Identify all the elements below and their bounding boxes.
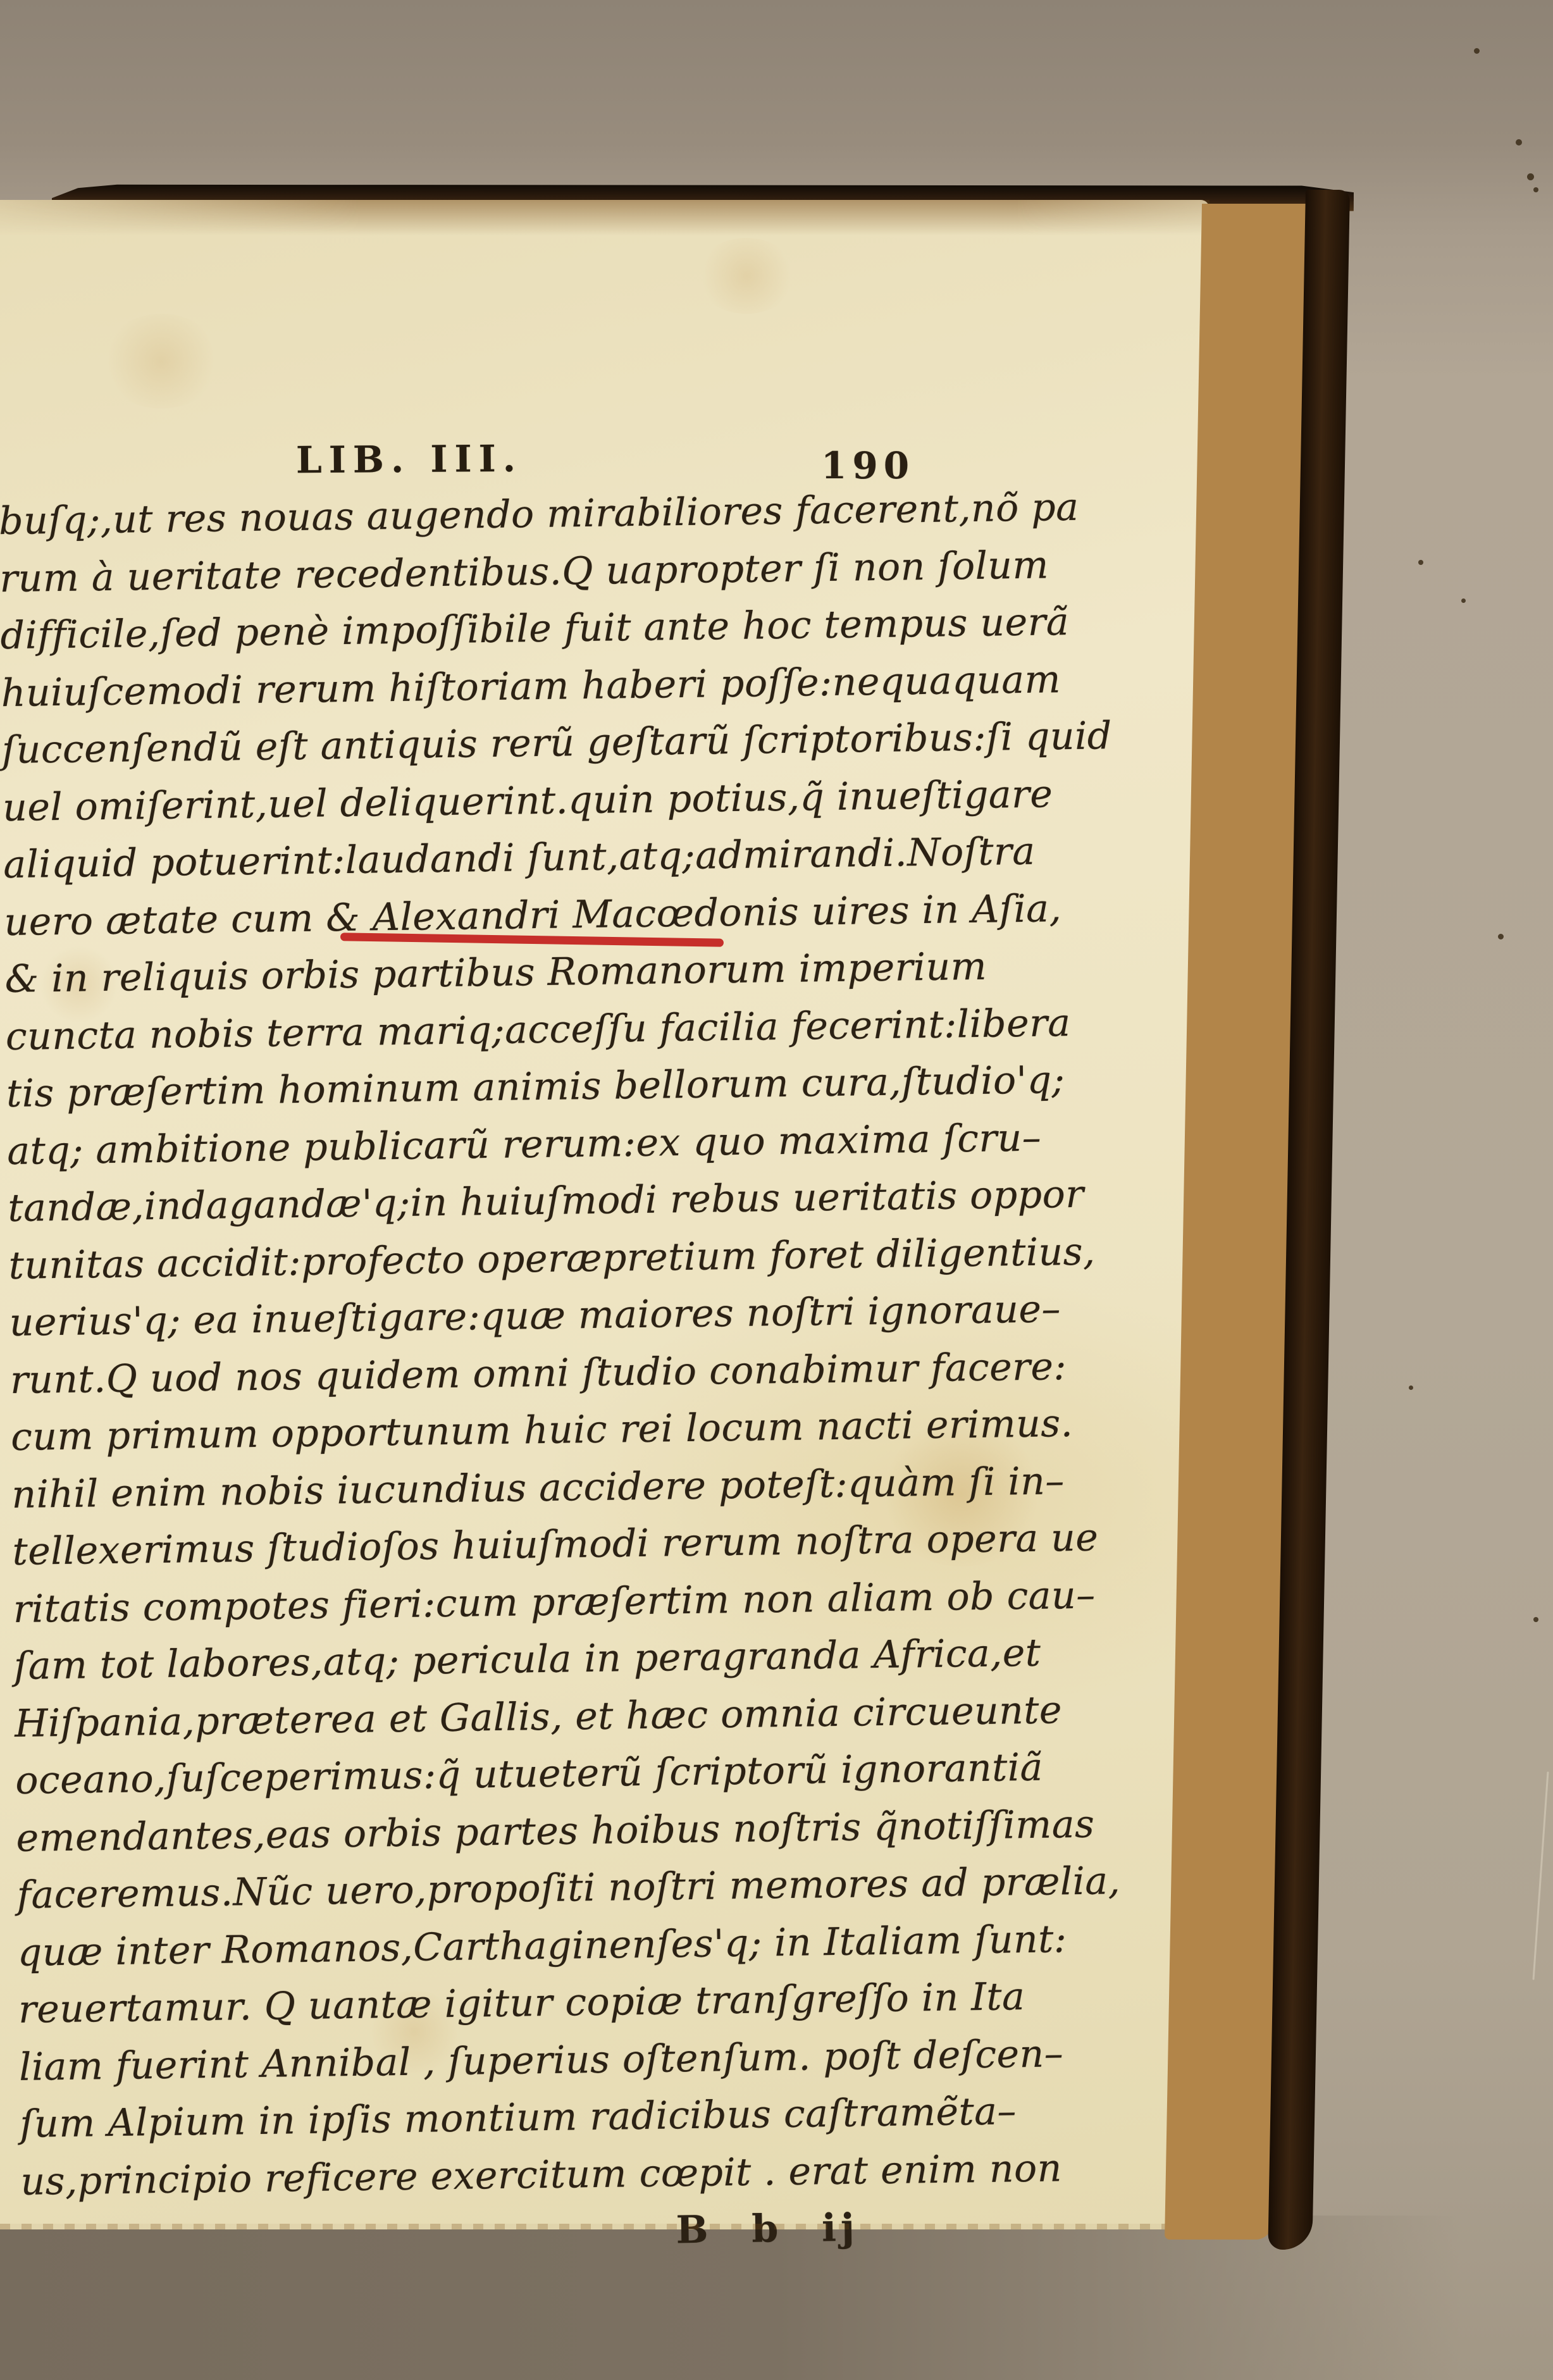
dust-speck (1516, 139, 1522, 146)
page-bottom-edge-fringe (0, 2224, 1210, 2229)
page-top-burn-stain (0, 200, 1210, 235)
dust-speck (1418, 560, 1423, 565)
dust-speck (1533, 1617, 1538, 1622)
dust-speck (1409, 1385, 1413, 1390)
dust-speck (1533, 187, 1538, 192)
book-page: LIB. III. 190 buſq;,ut res nouas augendo… (0, 200, 1210, 2229)
foxing-stain (696, 238, 797, 314)
foxing-stain (101, 314, 221, 409)
dust-speck (1474, 48, 1480, 54)
running-head: LIB. III. (296, 437, 523, 481)
dust-speck (1498, 934, 1504, 939)
text-block: buſq;,ut res nouas augendo mirabiliores … (0, 479, 1084, 2267)
dust-speck (1461, 598, 1466, 603)
dust-speck (1527, 173, 1534, 180)
